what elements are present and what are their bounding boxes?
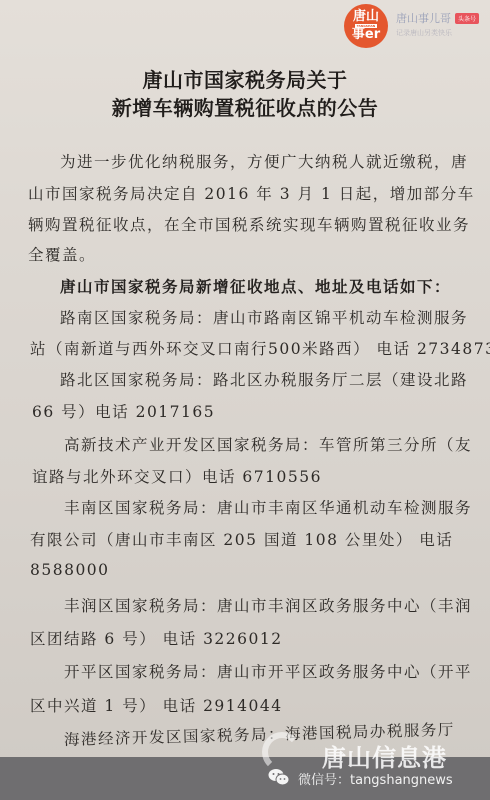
- document-title-line1: 唐山市国家税务局关于: [0, 64, 490, 93]
- entry-line: 路南区国家税务局：唐山市路南区锦平机动车检测服务: [60, 306, 468, 328]
- body-line: 为进一步优化纳税服务，方便广大纳税人就近缴税，唐: [60, 150, 468, 172]
- entry-line: 8588000: [30, 561, 110, 579]
- account-tag: 头条号: [455, 13, 479, 24]
- entry-line: 丰润区国家税务局：唐山市丰润区政务服务中心（丰润: [64, 594, 472, 616]
- tangshan-shier-logo: 唐山 TANGSHAN 事er: [344, 4, 388, 48]
- entry-line: 开平区国家税务局：唐山市开平区政务服务中心（开平: [64, 660, 472, 682]
- entry-line: 谊路与北外环交叉口）电话 6710556: [32, 465, 322, 487]
- entry-line: 高新技术产业开发区国家税务局：车管所第三分所（友: [64, 433, 472, 455]
- body-line: 辆购置税征收点，在全市国税系统实现车辆购置税征收业务: [28, 213, 470, 235]
- wechat-id: 微信号：tangshangnews: [298, 769, 453, 788]
- entry-line: 区中兴道 1 号） 电话 2914044: [30, 694, 283, 716]
- entry-line: 站（南新道与西外环交叉口南行500米路西） 电话 2734873: [30, 337, 490, 359]
- logo-text-top: 唐山: [353, 10, 379, 24]
- entry-line: 66 号）电话 2017165: [32, 400, 215, 422]
- account-name: 唐山事儿哥: [396, 10, 451, 26]
- entry-line: 路北区国家税务局：路北区办税服务厅二层（建设北路: [60, 368, 468, 390]
- entry-line: 区团结路 6 号） 电话 3226012: [30, 627, 283, 649]
- entry-line: 丰南区国家税务局：唐山市丰南区华通机动车检测服务: [64, 496, 472, 518]
- entry-line: 有限公司（唐山市丰南区 205 国道 108 公里处） 电话: [30, 528, 453, 550]
- document-title-line2: 新增车辆购置税征收点的公告: [0, 92, 490, 121]
- account-watermark: 唐山事儿哥 头条号 记录唐山另类快乐: [396, 10, 479, 38]
- list-heading: 唐山市国家税务局新增征收地点、地址及电话如下：: [60, 275, 451, 297]
- document-photo: 唐山 TANGSHAN 事er 唐山事儿哥 头条号 记录唐山另类快乐 唐山市国家…: [0, 0, 490, 800]
- tangshan-info-logo-icon: [262, 732, 302, 772]
- logo-text-bottom: 事er: [352, 28, 380, 42]
- account-subtitle: 记录唐山另类快乐: [396, 28, 479, 38]
- body-line: 山市国家税务局决定自 2016 年 3 月 1 日起，增加部分车: [28, 182, 475, 204]
- body-line: 全覆盖。: [28, 243, 96, 265]
- wechat-icon: [268, 768, 290, 786]
- watermark-brand: 唐山信息港: [322, 738, 447, 773]
